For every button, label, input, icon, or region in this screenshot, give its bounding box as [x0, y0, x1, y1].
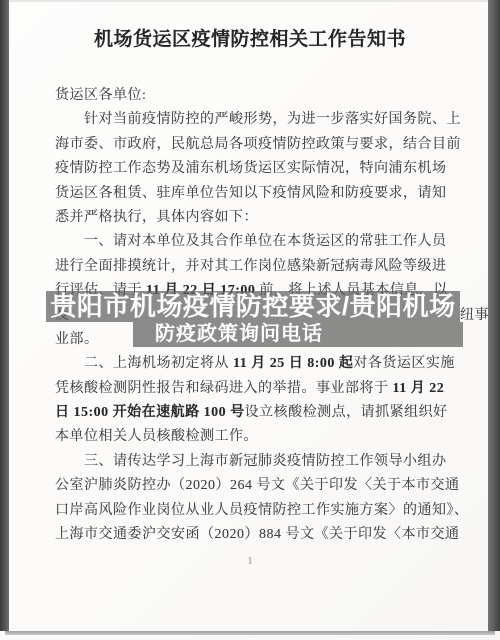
photo-top-edge — [9, 0, 488, 2]
photo-bottom-edge — [5, 631, 495, 635]
document-line: 二、上海机场初定将从 11 月 25 日 8:00 起对各货运区实施 — [55, 352, 445, 376]
photo-left-edge — [0, 0, 9, 631]
caption-line-2: 防疫政策询问电话 — [133, 322, 463, 347]
page-number: 1 — [0, 556, 500, 567]
line-fragment-right: 纽事 — [460, 304, 489, 328]
document-line: 口岸高风险作业岗位从业人员疫情防控工作实施方案〉的通知》、 — [55, 499, 445, 523]
document-photo: 机场货运区疫情防控相关工作告知书 货运区各单位:针对当前疫情防控的严峻形势，为进… — [0, 0, 500, 640]
photo-right-edge — [488, 0, 500, 631]
document-line: 一、请对本单位及其合作单位在本货运区的常驻工作人员 — [55, 230, 445, 254]
caption-line-1: 贵阳市机场疫情防控要求/贵阳机场 — [46, 291, 460, 322]
document-line: 公室沪肺炎防控办（2020）264 号文《关于印发〈关于本市交通 — [55, 474, 445, 498]
document-line: 上海市交通委沪交安函（2020）884 号文《关于印发〈本市交通 — [55, 523, 445, 547]
document-line: 进行全面排摸统计，并对其工作岗位感染新冠病毒风险等级进 — [55, 255, 445, 279]
document-line: 海市委、市政府，民航总局各项疫情防控政策与要求，结合目前 — [55, 133, 445, 157]
document-line: 悉并严格执行，具体内容如下： — [55, 206, 445, 230]
document-line: 凭核酸检测阴性报告和绿码进入的举措。事业部将于 11 月 22 — [55, 377, 445, 401]
document-line: 三、请传达学习上海市新冠肺炎疫情防控工作领导小组办 — [55, 450, 445, 474]
document-title: 机场货运区疫情防控相关工作告知书 — [20, 24, 480, 51]
document-line: 日 15:00 开始在速航路 100 号设立核酸检测点，请抓紧组织好 — [55, 401, 445, 425]
document-line: 本单位相关人员核酸检测工作。 — [55, 425, 445, 449]
document-line: 针对当前疫情防控的严峻形势，为进一步落实好国务院、上 — [55, 108, 445, 132]
document-line: 疫情防控工作态势及浦东机场货运区实际情况，特向浦东机场 — [55, 157, 445, 181]
document-line: 货运区各租赁、驻库单位告知以下疫情风险和防疫要求，请知 — [55, 182, 445, 206]
document-line: 货运区各单位: — [55, 84, 445, 108]
